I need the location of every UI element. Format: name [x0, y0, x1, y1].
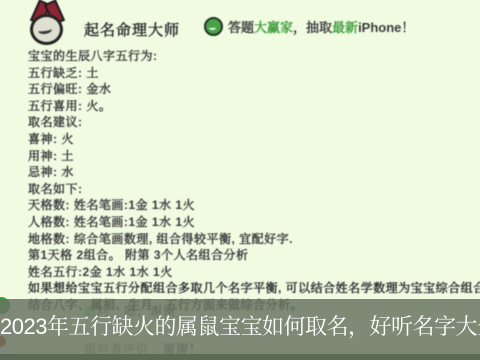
- answer-line: 天格数: 姓名笔画:1金 1水 1火: [28, 197, 480, 214]
- promo-text-seg5: iPhone！: [358, 17, 414, 36]
- promo-text-seg3: ，抽取: [293, 17, 332, 36]
- answer-line: 用神: 土: [28, 148, 480, 165]
- promo-text-seg4: 最新: [332, 17, 358, 36]
- answer-line: 第1天格 2组合。 附第 3个人名组合分析: [28, 247, 480, 264]
- promo-text-seg2: 大赢家: [254, 17, 293, 36]
- page-title: 2023年五行缺火的属鼠宝宝如何取名，好听名字大全: [0, 310, 480, 341]
- answer-line: 喜神: 火: [28, 131, 480, 148]
- answer-line: 五行偏旺: 金水: [28, 81, 480, 98]
- answer-line: 姓名五行:2金 1水 1水 1火: [28, 264, 480, 281]
- answer-body: 宝宝的生辰八字五行为: 五行缺乏: 土 五行偏旺: 金水 五行喜用: 火。 取名…: [28, 48, 480, 314]
- answer-line: 人格数: 姓名笔画:1金 1水 1火: [28, 214, 480, 231]
- answer-line: 五行缺乏: 土: [28, 65, 480, 82]
- medal-circle: [30, 14, 63, 45]
- promo-text-seg1: 答题: [228, 17, 254, 36]
- qa-page: 起名命理大师 答题 大赢家 ，抽取 最新 iPhone！ 宝宝的生辰八字五行为:…: [0, 0, 480, 360]
- gift-icon: [204, 17, 223, 36]
- medal-icon: [28, 1, 68, 45]
- bottom-strip: [0, 354, 480, 360]
- answer-line: 取名如下:: [28, 181, 480, 198]
- answer-line: 宝宝的生辰八字五行为:: [28, 48, 480, 65]
- answer-line-highlight: 如果想给宝宝五行分配组合多取几个名字平衡, 可以结合姓名学数理为宝宝综合组合取名…: [28, 280, 480, 297]
- answer-line: 取名建议:: [28, 114, 480, 131]
- answer-line: 五行喜用: 火。: [28, 98, 480, 115]
- answer-line: 忌神: 水: [28, 164, 480, 181]
- promo-banner[interactable]: 答题 大赢家 ，抽取 最新 iPhone！: [204, 16, 414, 36]
- answerer-name: 起名命理大师: [84, 19, 180, 40]
- answer-line: 地格数: 综合笔画数理, 组合得较平衡, 宜配好字.: [28, 231, 480, 248]
